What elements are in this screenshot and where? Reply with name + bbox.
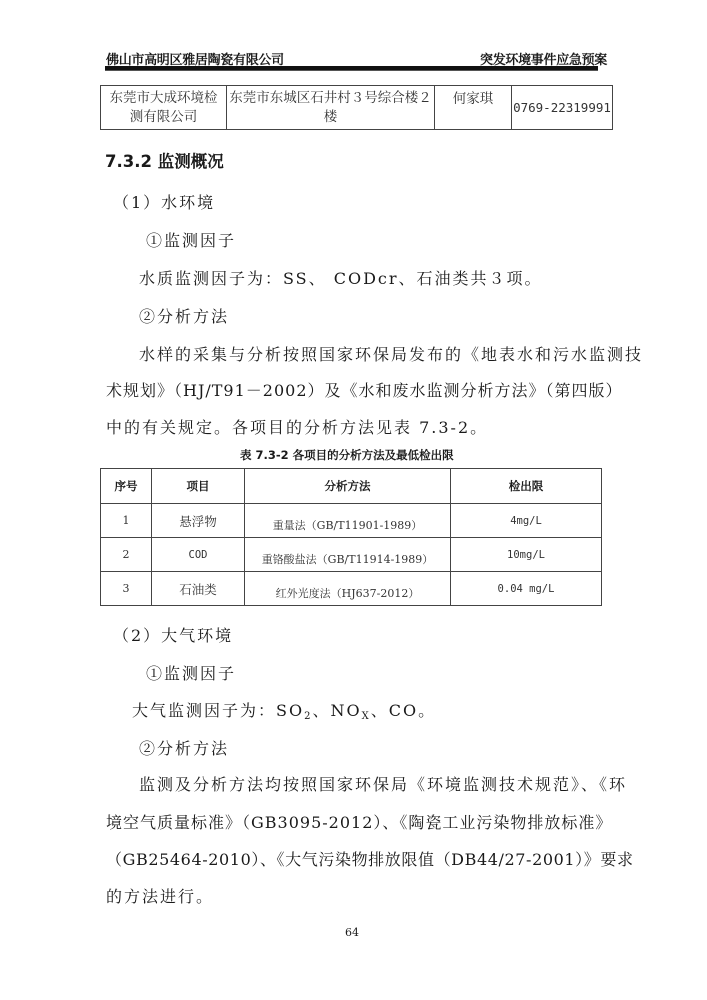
air-factor-prefix: 大气监测因子为：SO [132,701,304,720]
table-row: 1 悬浮物 重量法（GB/T11901-1989） 4mg/L [101,504,602,538]
water-method-heading: ②分析方法 [139,304,229,327]
cell-limit: 0.04 mg/L [451,572,602,606]
org-cell: 东莞市大成环境检 测有限公司 [101,86,227,130]
page-number: 64 [345,926,359,939]
table-header-row: 序号 项目 分析方法 检出限 [101,469,602,504]
col-header-index: 序号 [101,469,152,504]
cell-method: 红外光度法（HJ637-2012） [245,572,451,606]
method-table: 序号 项目 分析方法 检出限 1 悬浮物 重量法（GB/T11901-1989）… [100,468,602,606]
col-header-method: 分析方法 [245,469,451,504]
air-factor-suffix: 、CO。 [371,701,436,720]
cell-index: 1 [101,504,152,538]
org-name-line2: 测有限公司 [101,108,226,127]
col-header-item: 项目 [152,469,245,504]
air-factor-text: 大气监测因子为：SO2、NOX、CO。 [132,698,436,722]
table-row: 东莞市大成环境检 测有限公司 东莞市东城区石井村３号综合楼２楼 何家琪 0769… [101,86,613,130]
org-name-line1: 东莞市大成环境检 [101,89,226,108]
address-cell: 东莞市东城区石井村３号综合楼２楼 [227,86,435,130]
cell-index: 2 [101,538,152,572]
table-row: 3 石油类 红外光度法（HJ637-2012） 0.04 mg/L [101,572,602,606]
person-cell: 何家琪 [435,86,512,130]
air-method-line-4: 的方法进行。 [106,884,214,907]
air-factor-mid: 、NO [312,701,361,720]
air-method-line-2: 境空气质量标准》（GB3095-2012）、《陶瓷工业污染物排放标准》 [106,810,612,833]
air-heading: （2）大气环境 [113,623,233,646]
cell-item: 悬浮物 [152,504,245,538]
cell-limit: 10mg/L [451,538,602,572]
water-method-line-1: 水样的采集与分析按照国家环保局发布的《地表水和污水监测技 [139,342,643,365]
phone-cell: 0769-22319991 [512,86,613,130]
air-factor-heading: ①监测因子 [146,661,236,684]
water-method-line-2: 术规划》（HJ/T91－2002）及《水和废水监测分析方法》（第四版） [106,378,623,401]
cell-limit: 4mg/L [451,504,602,538]
water-factor-heading: ①监测因子 [146,228,236,251]
water-heading: （1）水环境 [113,190,215,213]
col-header-limit: 检出限 [451,469,602,504]
cell-item: 石油类 [152,572,245,606]
cell-item: COD [152,538,245,572]
header-rule [105,66,598,71]
table-row: 2 COD 重铬酸盐法（GB/T11914-1989） 10mg/L [101,538,602,572]
section-title: 7.3.2 监测概况 [105,148,224,172]
contact-table: 东莞市大成环境检 测有限公司 东莞市东城区石井村３号综合楼２楼 何家琪 0769… [100,85,613,130]
cell-method: 重量法（GB/T11901-1989） [245,504,451,538]
water-method-line-3: 中的有关规定。各项目的分析方法见表 7.3-2。 [106,415,488,438]
cell-method: 重铬酸盐法（GB/T11914-1989） [245,538,451,572]
table-caption: 表 7.3-2 各项目的分析方法及最低检出限 [240,447,454,463]
cell-index: 3 [101,572,152,606]
air-method-line-1: 监测及分析方法均按照国家环保局《环境监测技术规范》、《环 [139,772,627,795]
air-factor-sub2: X [362,711,371,722]
water-factor-text: 水质监测因子为：SS、 CODcr、石油类共３项。 [139,266,543,289]
air-method-line-3: （GB25464-2010）、《大气污染物排放限值（DB44/27-2001）》… [106,847,634,870]
air-method-heading: ②分析方法 [139,736,229,759]
